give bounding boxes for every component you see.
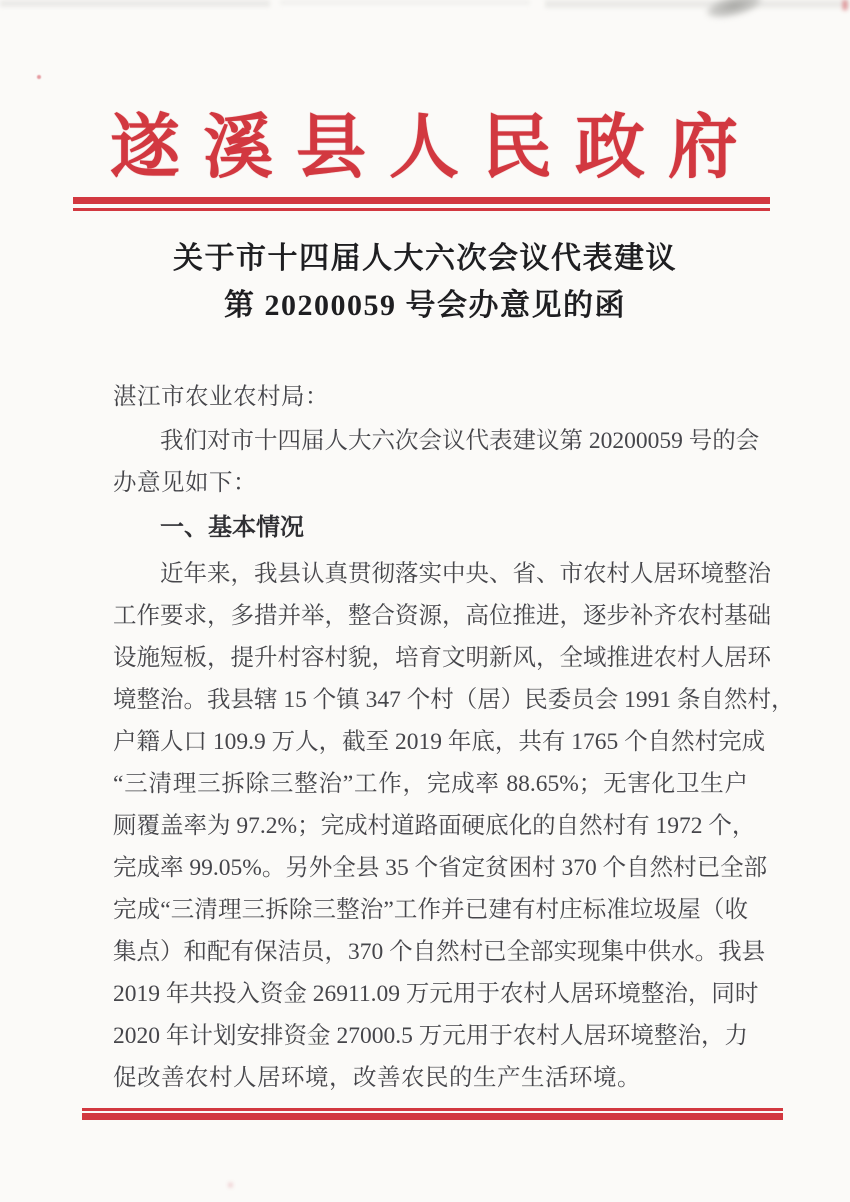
recipient-line: 湛江市农业农村局： [113, 376, 329, 418]
agency-name-char: 府 [668, 111, 738, 187]
body-line: 近年来，我县认真贯彻落实中央、省、市农村人居环境整治 [160, 553, 748, 595]
scan-speck [843, 0, 847, 10]
agency-name-char: 溪 [203, 111, 273, 187]
letterhead-rule-thick [73, 197, 770, 204]
body-line: 设施短板，提升村容村貌，培育文明新风，全域推进农村人居环 [113, 637, 748, 679]
body-line: 境整治。我县辖 15 个镇 347 个村（居）民委员会 1991 条自然村， [113, 679, 748, 721]
scanned-document-page: 遂 溪 县 人 民 政 府 关于市十四届人大六次会议代表建议 第 2020005… [0, 0, 850, 1202]
agency-name-char: 人 [389, 111, 459, 187]
body-line: “三清理三拆除三整治”工作，完成率 88.65%；无害化卫生户 [113, 763, 748, 805]
document-title-line1: 关于市十四届人大六次会议代表建议 [0, 235, 850, 282]
body-line: 促改善农村人居环境，改善农民的生产生活环境。 [113, 1057, 641, 1099]
footer-rule-thin [82, 1108, 783, 1111]
body-line: 2019 年共投入资金 26911.09 万元用于农村人居环境整治，同时 [113, 973, 748, 1015]
document-title-line2: 第 20200059 号会办意见的函 [0, 282, 850, 329]
body-line: 完成“三清理三拆除三整治”工作并已建有村庄标准垃圾屋（收 [113, 889, 748, 931]
agency-name-char: 政 [575, 111, 645, 187]
body-line: 集点）和配有保洁员，370 个自然村已全部实现集中供水。我县 [113, 931, 748, 973]
intro-line-1: 我们对市十四届人大六次会议代表建议第 20200059 号的会 [160, 420, 748, 462]
agency-name-char: 民 [482, 111, 552, 187]
body-line: 工作要求，多措并举，整合资源，高位推进，逐步补齐农村基础 [113, 595, 748, 637]
intro-line-2: 办意见如下： [113, 462, 257, 504]
scan-artifact-top-right [545, 0, 850, 8]
footer-rule-thick [82, 1113, 783, 1120]
agency-name-char: 遂 [110, 111, 180, 187]
body-line: 完成率 99.05%。另外全县 35 个省定贫困村 370 个自然村已全部 [113, 847, 748, 889]
scan-artifact-top-left [0, 0, 270, 7]
letterhead-rule-thin [73, 208, 770, 211]
agency-name: 遂 溪 县 人 民 政 府 [110, 111, 738, 191]
scan-smudge [703, 0, 764, 23]
body-line: 2020 年计划安排资金 27000.5 万元用于农村人居环境整治，力 [113, 1015, 748, 1057]
scan-artifact-top-middle [280, 0, 530, 5]
document-title: 关于市十四届人大六次会议代表建议 第 20200059 号会办意见的函 [0, 235, 850, 329]
agency-name-char: 县 [296, 111, 366, 187]
body-line: 户籍人口 109.9 万人，截至 2019 年底，共有 1765 个自然村完成 [113, 721, 748, 763]
scan-speck [229, 1183, 232, 1187]
scan-speck [37, 75, 41, 79]
body-line: 厕覆盖率为 97.2%；完成村道路面硬底化的自然村有 1972 个， [113, 805, 748, 847]
section-heading: 一、基本情况 [160, 507, 304, 549]
